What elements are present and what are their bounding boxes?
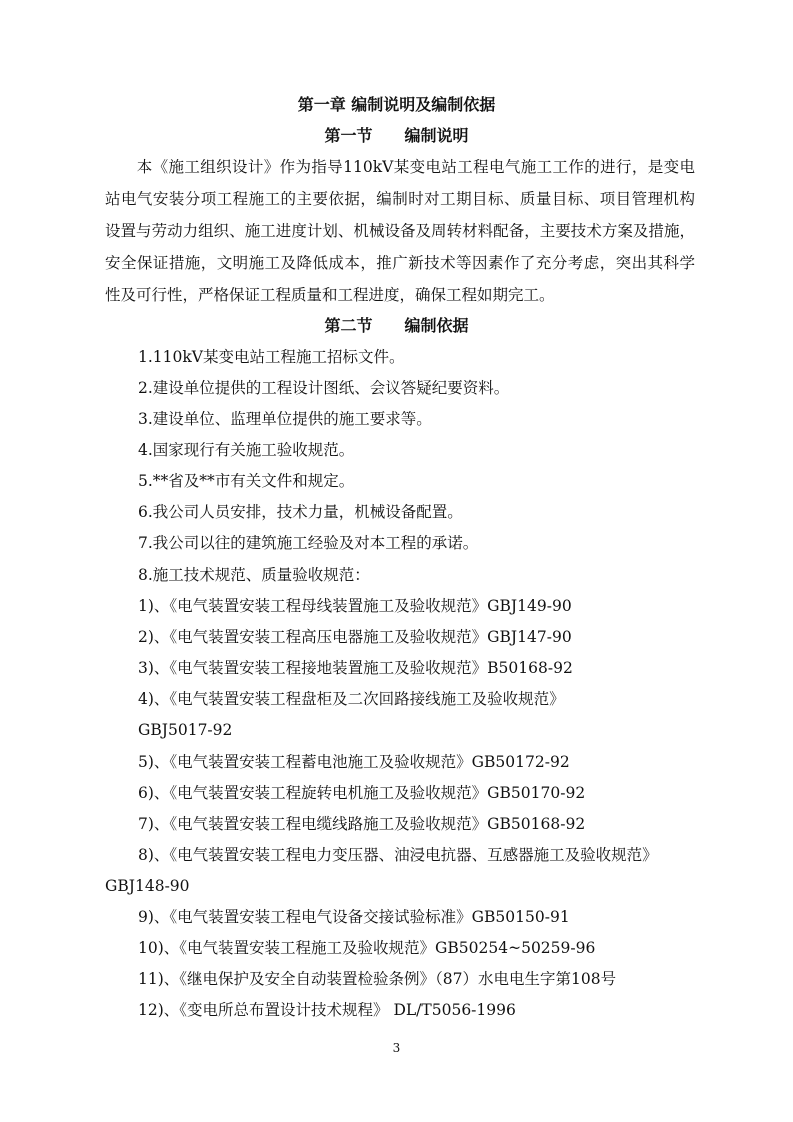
page-number: 3 xyxy=(0,1041,793,1055)
standard-item: 1)、《电气装置安装工程母线装置施工及验收规范》GBJ149-90 xyxy=(138,596,728,616)
standard-item-continuation: GBJ5017-92 xyxy=(138,720,728,740)
standard-item: 8)、《电气装置安装工程电力变压器、油浸电抗器、互感器施工及验收规范》 xyxy=(138,845,728,865)
basis-item: 8.施工技术规范、质量验收规范： xyxy=(138,565,728,585)
standard-item: 7)、《电气装置安装工程电缆线路施工及验收规范》GB50168-92 xyxy=(138,814,728,834)
basis-item: 1.110kV某变电站工程施工招标文件。 xyxy=(138,347,728,367)
standard-item: 3)、《电气装置安装工程接地装置施工及验收规范》B50168-92 xyxy=(138,658,728,678)
standard-item: 2)、《电气装置安装工程高压电器施工及验收规范》GBJ147-90 xyxy=(138,627,728,647)
basis-item: 4.国家现行有关施工验收规范。 xyxy=(138,440,728,460)
section-title-1: 第一节 编制说明 xyxy=(0,126,793,146)
standard-item: 6)、《电气装置安装工程旋转电机施工及验收规范》GB50170-92 xyxy=(138,783,728,803)
paragraph-line: 站电气安装分项工程施工的主要依据，编制时对工期目标、质量目标、项目管理机构 xyxy=(105,189,695,209)
document-page: 第一章 编制说明及编制依据 第一节 编制说明 本《施工组织设计》作为指导110k… xyxy=(0,0,793,1122)
basis-item: 2.建设单位提供的工程设计图纸、会议答疑纪要资料。 xyxy=(138,378,728,398)
paragraph-line: 设置与劳动力组织、施工进度计划、机械设备及周转材料配备，主要技术方案及措施， xyxy=(105,221,695,241)
basis-item: 7.我公司以往的建筑施工经验及对本工程的承诺。 xyxy=(138,533,728,553)
paragraph-line: 安全保证措施，文明施工及降低成本，推广新技术等因素作了充分考虑，突出其科学 xyxy=(105,253,695,273)
standard-item-continuation: GBJ148-90 xyxy=(105,876,695,896)
chapter-title: 第一章 编制说明及编制依据 xyxy=(0,95,793,115)
paragraph-line: 性及可行性，严格保证工程质量和工程进度，确保工程如期完工。 xyxy=(105,285,695,305)
basis-item: 3.建设单位、监理单位提供的施工要求等。 xyxy=(138,409,728,429)
section-title-2: 第二节 编制依据 xyxy=(0,316,793,336)
standard-item: 4)、《电气装置安装工程盘柜及二次回路接线施工及验收规范》 xyxy=(138,689,728,709)
paragraph-line: 本《施工组织设计》作为指导110kV某变电站工程电气施工工作的进行，是变电 xyxy=(105,157,695,177)
standard-item: 11)、《继电保护及安全自动装置检验条例》（87）水电电生字第108号 xyxy=(138,969,728,989)
standard-item: 9)、《电气装置安装工程电气设备交接试验标准》GB50150-91 xyxy=(138,907,728,927)
basis-item: 5.**省及**市有关文件和规定。 xyxy=(138,471,728,491)
basis-item: 6.我公司人员安排，技术力量，机械设备配置。 xyxy=(138,502,728,522)
standard-item: 10)、《电气装置安装工程施工及验收规范》GB50254~50259-96 xyxy=(138,938,728,958)
standard-item: 12)、《变电所总布置设计技术规程》 DL/T5056-1996 xyxy=(138,1000,728,1020)
standard-item: 5)、《电气装置安装工程蓄电池施工及验收规范》GB50172-92 xyxy=(138,752,728,772)
